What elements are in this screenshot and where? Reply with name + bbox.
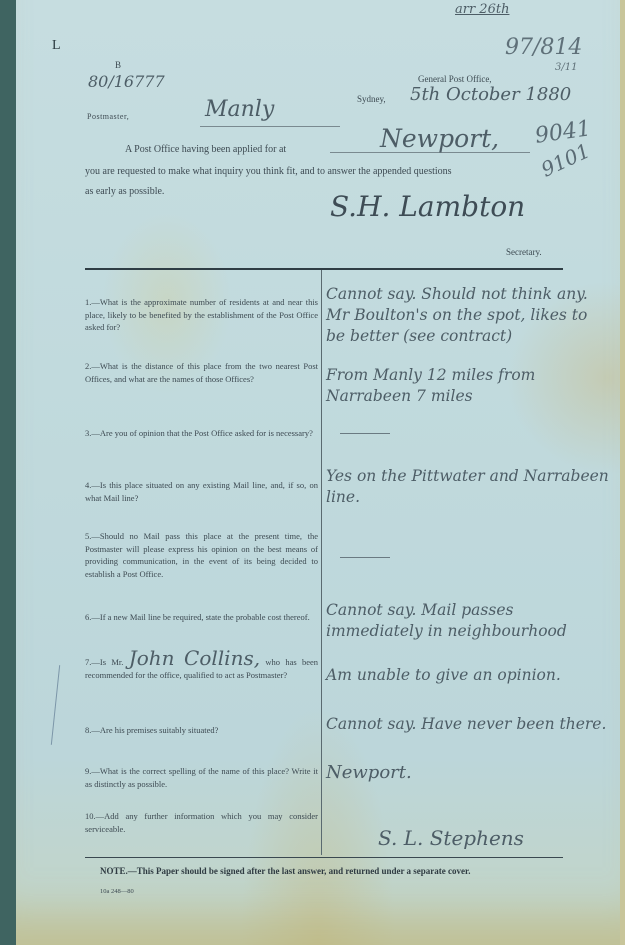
question-7: 7.—Is Mr. John Collins, who has been rec…	[85, 652, 318, 681]
secretary-title: Secretary.	[506, 247, 542, 257]
postmaster-label: Postmaster,	[87, 112, 129, 121]
postmaster-signature: S. L. Stephens	[378, 826, 524, 850]
answer-5-dash	[340, 557, 390, 558]
intro-line-1: A Post Office having been applied for at	[125, 144, 286, 155]
answer-3-dash	[340, 433, 390, 434]
secretary-signature: S.H. Lambton	[330, 190, 525, 223]
question-1: 1.—What is the approximate number of res…	[85, 296, 318, 334]
answer-2: From Manly 12 miles from Narrabeen 7 mil…	[326, 365, 611, 407]
reference-number: 80/16777	[88, 72, 165, 91]
answer-9: Newport.	[326, 762, 611, 783]
postmaster-value: Manly	[205, 97, 274, 122]
question-3: 3.—Are you of opinion that the Post Offi…	[85, 427, 318, 440]
intro-line-2: you are requested to make what inquiry y…	[85, 166, 452, 177]
question-6: 6.—If a new Mail line be required, state…	[85, 611, 318, 624]
office-label: General Post Office,	[418, 74, 492, 84]
question-4: 4.—Is this place situated on any existin…	[85, 479, 318, 504]
place-value: Newport,	[380, 124, 499, 153]
annotation-file-sub: 3/11	[555, 62, 577, 73]
answer-6: Cannot say. Mail passes immediately in n…	[326, 600, 611, 642]
reference-letter: B	[115, 60, 121, 70]
form-number: 10a 248—80	[100, 888, 134, 895]
annotation-file-number: 97/814	[505, 35, 582, 60]
postmaster-line	[200, 126, 340, 127]
question-10: 10.—Add any further information which yo…	[85, 810, 318, 835]
intro-line-3: as early as possible.	[85, 186, 164, 197]
city-label: Sydney,	[357, 94, 386, 104]
table-top-rule	[85, 268, 563, 270]
answer-4: Yes on the Pittwater and Narrabeen line.	[326, 466, 611, 508]
column-divider	[321, 270, 322, 855]
annotation-top-right: arr 26th	[455, 2, 509, 17]
candidate-name: John Collins,	[129, 646, 260, 670]
answer-8: Cannot say. Have never been there.	[326, 714, 611, 735]
question-2: 2.—What is the distance of this place fr…	[85, 360, 318, 385]
answer-7: Am unable to give an opinion.	[326, 665, 611, 686]
date-value: 5th October 1880	[410, 84, 571, 105]
table-bottom-rule	[85, 857, 563, 858]
question-9: 9.—What is the correct spelling of the n…	[85, 765, 318, 790]
answer-1: Cannot say. Should not think any. Mr Bou…	[326, 284, 611, 347]
footer-note: NOTE.—This Paper should be signed after …	[100, 866, 470, 876]
question-8: 8.—Are his premises suitably situated?	[85, 724, 318, 737]
question-5: 5.—Should no Mail pass this place at the…	[85, 530, 318, 580]
corner-mark: L	[52, 38, 61, 54]
